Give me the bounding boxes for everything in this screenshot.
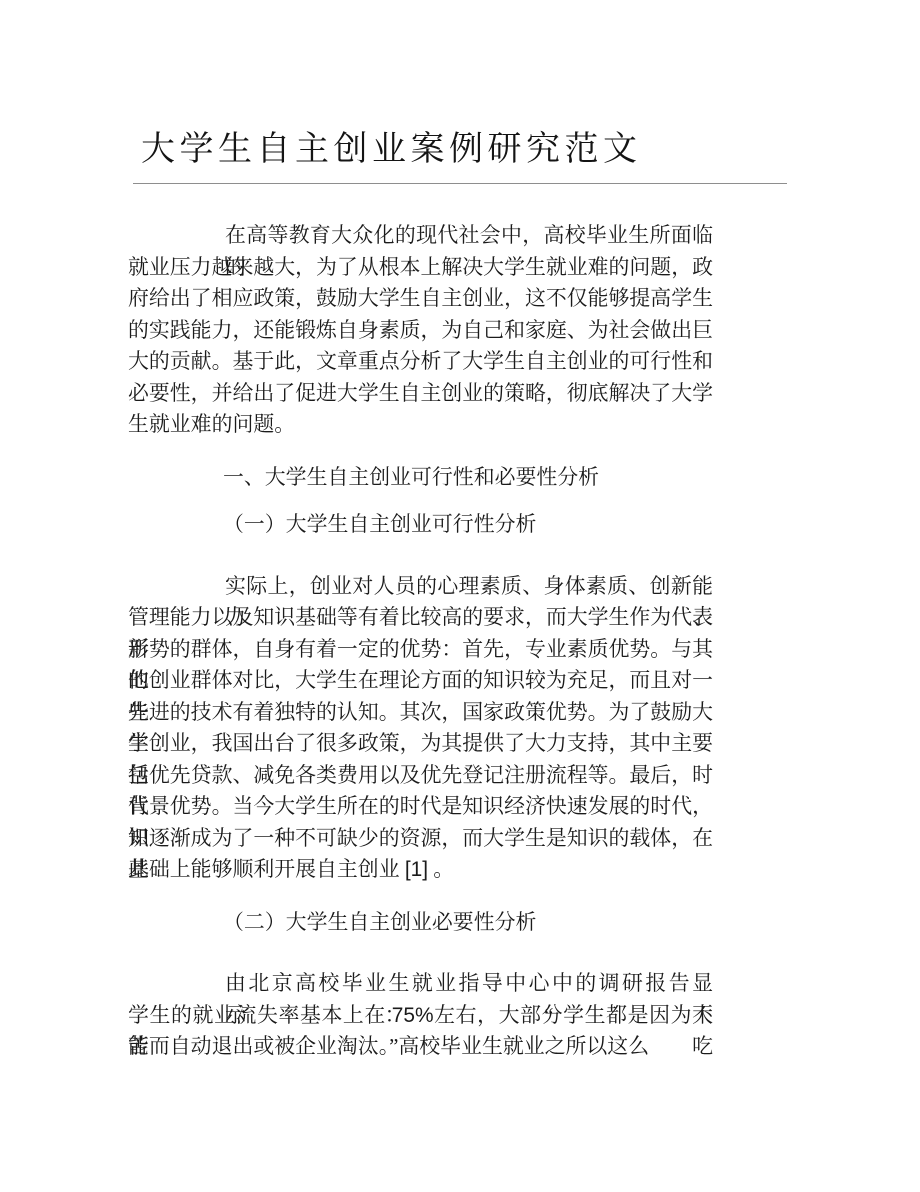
- document-title: 大学生自主创业案例研究范文: [141, 126, 642, 174]
- text-line: 括优先贷款、减免各类费用以及优先登记注册流程等。最后，时代: [128, 760, 713, 792]
- text-line: （一）大学生自主创业可行性分析: [128, 509, 713, 541]
- text-line: 苦而自动退出或被企业淘汰。”高校毕业生就业之所以这么: [128, 1031, 713, 1063]
- latin-text: [1]: [405, 858, 428, 881]
- paragraph: 由北京高校毕业生就业指导中心中的调研报告显示：“大学生的就业流失率基本上在 75…: [128, 968, 713, 1063]
- text-line: 识逐渐成为了一种不可缺少的资源，而大学生是知识的载体，在此: [128, 823, 713, 855]
- text-line: （二）大学生自主创业必要性分析: [128, 907, 713, 939]
- text-line: 一、大学生自主创业可行性和必要性分析: [128, 462, 713, 494]
- document-body: 在高等教育大众化的现代社会中，高校毕业生所面临的就业压力越来越大，为了从根本上解…: [128, 185, 713, 1063]
- section-heading: 一、大学生自主创业可行性和必要性分析: [128, 462, 713, 494]
- text-line: 府给出了相应政策，鼓励大学生自主创业，这不仅能够提高学生: [128, 283, 713, 315]
- section-heading: （一）大学生自主创业可行性分析: [128, 509, 713, 541]
- text-line: 基础上能够顺利开展自主创业 [1] 。: [128, 854, 713, 886]
- text-line: 的实践能力，还能锻炼自身素质，为自己和家庭、为社会做出巨: [128, 315, 713, 347]
- text-line: 背景优势。当今大学生所在的时代是知识经济快速发展的时代，知: [128, 791, 713, 823]
- text-line: 生就业难的问题。: [128, 409, 713, 441]
- text-line: 生创业，我国出台了很多政策，为其提供了大力支持，其中主要包: [128, 728, 713, 760]
- text-line: 由北京高校毕业生就业指导中心中的调研报告显示：“大: [128, 968, 713, 1000]
- document-page: 大学生自主创业案例研究范文 在高等教育大众化的现代社会中，高校毕业生所面临的就业…: [0, 0, 920, 1192]
- text-line: 必要性，并给出了促进大学生自主创业的策略，彻底解决了大学: [128, 378, 713, 410]
- paragraph: 实际上，创业对人员的心理素质、身体素质、创新能力、管理能力以及知识基础等有着比较…: [128, 571, 713, 886]
- title-divider: [133, 183, 787, 184]
- latin-text: 75%: [392, 1004, 434, 1027]
- text-line: 就业压力越来越大，为了从根本上解决大学生就业难的问题，政: [128, 252, 713, 284]
- text-line: 实际上，创业对人员的心理素质、身体素质、创新能力、: [128, 571, 713, 603]
- text-line: 在高等教育大众化的现代社会中，高校毕业生所面临的: [128, 220, 713, 252]
- text-line: 先进的技术有着独特的认知。其次，国家政策优势。为了鼓励大学: [128, 697, 713, 729]
- text-line: 管理能力以及知识基础等有着比较高的要求，而大学生作为代表新: [128, 602, 713, 634]
- section-heading: （二）大学生自主创业必要性分析: [128, 907, 713, 939]
- text-line: 形势的群体，自身有着一定的优势：首先，专业素质优势。与其他: [128, 634, 713, 666]
- paragraph: 在高等教育大众化的现代社会中，高校毕业生所面临的就业压力越来越大，为了从根本上解…: [128, 220, 713, 441]
- text-line: 学生的就业流失率基本上在 75%左右，大部分学生都是因为不能吃: [128, 1000, 713, 1032]
- text-line: 的创业群体对比，大学生在理论方面的知识较为充足，而且对一些: [128, 665, 713, 697]
- text-line: 大的贡献。基于此，文章重点分析了大学生自主创业的可行性和: [128, 346, 713, 378]
